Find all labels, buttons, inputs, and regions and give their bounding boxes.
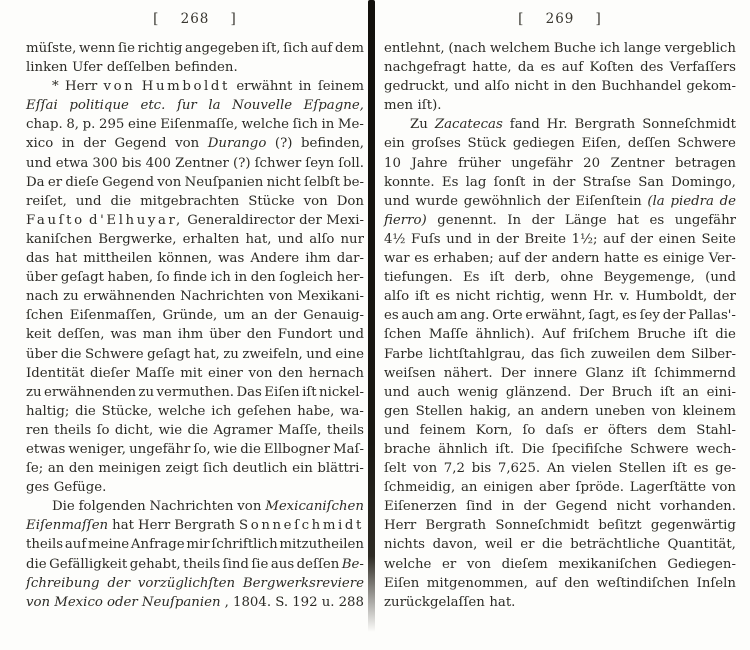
word: lag [466, 173, 487, 192]
word: nickel- [319, 383, 364, 402]
word: es [435, 287, 450, 306]
word: früher [458, 154, 501, 173]
word: Anfrage [131, 535, 185, 554]
word: dieſe [65, 173, 98, 192]
word: brache [384, 440, 431, 459]
word: an [251, 306, 268, 325]
word: Seite [701, 230, 735, 249]
word: erwähnt [236, 77, 292, 96]
text-line: *HerrvonHumboldterwähntinſeinem [26, 77, 364, 96]
word: mitgenommen, [427, 574, 528, 593]
word: nicht [267, 173, 301, 192]
word: etwa [56, 154, 89, 173]
word: nur [340, 230, 363, 249]
word: blättri- [317, 459, 363, 478]
text-line: chap.8,p.295eineEiſenmaſſe,welcheſichinM… [26, 115, 364, 134]
word: Agramer [213, 421, 272, 440]
text-line: ſeltvon7,2bis7,625.AnvielenStelleniſtesg… [384, 459, 736, 478]
text-line: haltig;dieStücke,welcheichgeſehenhabe,wa… [26, 402, 364, 421]
word: politique [69, 96, 129, 115]
word: aus [271, 555, 294, 574]
text-line: EiſenmaſſenhatHerrBergrathSonneſchmidt [26, 516, 364, 535]
word: dieſem [502, 555, 548, 574]
word: Stellen [619, 459, 666, 478]
word: ſich [283, 39, 308, 58]
word: einer [208, 364, 243, 383]
word: der [713, 287, 736, 306]
word: 7,625. [498, 459, 540, 478]
word: welche [384, 555, 431, 574]
word: Herr [384, 516, 416, 535]
word: ſpröde. [576, 478, 624, 497]
word: und [76, 192, 102, 211]
word: 400 [146, 154, 171, 173]
word: Be- [342, 555, 364, 574]
word: Eſpagne, [304, 96, 364, 115]
word: und [26, 154, 52, 173]
word: ähnlich [438, 440, 488, 459]
word: p. [83, 115, 96, 134]
word: Koſten [589, 58, 633, 77]
word: Gediegen- [667, 555, 736, 574]
word: der [274, 306, 297, 325]
word: oder [107, 593, 138, 612]
word: bis [122, 154, 142, 173]
word: Bergrath [174, 516, 235, 535]
word: von [304, 192, 328, 211]
word: da [518, 58, 534, 77]
word: der [83, 134, 106, 153]
text-line: linkenUferdeſſelbenbefinden. [26, 58, 364, 77]
word: ungefähr [129, 440, 190, 459]
word: 10 [384, 154, 401, 173]
word: Eiſen, [582, 134, 622, 153]
word: es [622, 306, 637, 325]
word: meinigen [98, 459, 161, 478]
word: etc. [140, 96, 165, 115]
word: ſagt, [588, 306, 619, 325]
text-line: 4½FuſsundinderBreite1½;aufdereinenSeite [384, 230, 736, 249]
word: und [454, 77, 480, 96]
word: Mexi- [326, 211, 364, 230]
text-line: meniſt). [384, 96, 736, 115]
word: ſo [157, 268, 170, 287]
text-line: entlehnt,(nachwelchemBucheichlangevergeb… [384, 39, 736, 58]
word: in [502, 497, 515, 516]
word: ſogleich [279, 268, 333, 287]
word: Eiſenmaſſen, [70, 306, 156, 325]
word: ich [211, 268, 231, 287]
word: Lagerſtätte [630, 478, 706, 497]
word: ich [211, 402, 231, 421]
word: ſie [251, 555, 268, 574]
word: Breite [524, 230, 565, 249]
word: Beygemenge, [604, 268, 695, 287]
word: wenn [79, 39, 115, 58]
word: Jahre [411, 154, 447, 173]
page-269: [ 269 ] entlehnt,(nachwelchemBucheichlan… [384, 0, 736, 612]
word: Eſſai [26, 96, 58, 115]
word: in [321, 115, 334, 134]
word: gediegen [513, 134, 575, 153]
word: um [224, 306, 245, 325]
word: zuweilen [591, 345, 651, 364]
word: mitgebrachten [140, 192, 239, 211]
text-line: Fauſtod'Elhuyar,GeneraldirectorderMexi- [26, 211, 364, 230]
text-line: ſchmeidig,aneinigenaberſpröde.Lagerſtätt… [384, 478, 736, 497]
word: Stück [468, 134, 507, 153]
text-line: etwasweniger,ungefährſo,wiedieEllbognerM… [26, 440, 364, 459]
text-line: EiſenerzenſindinderGegendnichtvorhanden. [384, 497, 736, 516]
word: nicht [515, 77, 549, 96]
text-line: undfeinemKorn,ſodaſseröftersdemStahl- [384, 421, 736, 440]
word: Humboldt [142, 77, 230, 96]
word: ſelt [384, 459, 406, 478]
word: hat, [194, 345, 220, 364]
text-line: gedruckt,undalſonichtindenBuchhandelgeko… [384, 77, 736, 96]
word: Zacatecas [435, 115, 503, 134]
word: innere [534, 364, 577, 383]
word: befinden, [301, 134, 364, 153]
word: den [247, 325, 272, 344]
word: 300 [92, 154, 117, 173]
word: iſt [302, 383, 317, 402]
word: ſchimmernd [654, 364, 736, 383]
text-line: DiefolgendenNachrichtenvonMexicaniſchen [26, 497, 364, 516]
word: Fauſto [26, 211, 85, 230]
word: deſſen [628, 134, 671, 153]
word: Verfaſſers [670, 58, 736, 77]
word: (nach [448, 39, 486, 58]
text-line: ſchreibungdervorzüglichſtenBergwerksrevi… [26, 574, 364, 593]
text-line: Eſſaipolitiqueetc.ſurlaNouvelleEſpagne, [26, 96, 364, 115]
text-line: IdentitätdieſerMaſſemiteinervondenhernac… [26, 364, 364, 383]
word: Generaldirector [187, 211, 295, 230]
text-line: zuerwähnendenzuvermuthen.DasEiſeniſtnick… [26, 383, 364, 402]
text-line: wareserhaben;aufderandernhatteeseinigeVe… [384, 249, 736, 268]
word: Quantität, [668, 535, 736, 554]
word: deſſelben [107, 58, 170, 77]
word: 20 [583, 154, 600, 173]
word: la [208, 96, 220, 115]
word: gekom- [686, 77, 736, 96]
word: ſo, [193, 440, 210, 459]
word: Stellen [416, 402, 463, 421]
word: piedra [670, 192, 713, 211]
word: Mexikani- [297, 287, 364, 306]
word: fand [510, 115, 540, 134]
word: 1½; [572, 230, 598, 249]
word: auf [311, 39, 332, 58]
word: wenn [551, 287, 587, 306]
word: vorzüglichſten [138, 574, 235, 593]
word: ſchen [26, 306, 63, 325]
word: v. [620, 287, 630, 306]
word: befinden. [175, 58, 238, 77]
word: (?) [233, 154, 251, 173]
word: Sonneſchmidt [642, 115, 736, 134]
text-line: müſste,wennſierichtigangegebeniſt,ſichau… [26, 39, 364, 58]
word: friſchem [573, 325, 630, 344]
text-line: Farbelichtſtahlgrau,dasſichzuweilendemSi… [384, 345, 736, 364]
word: ſchmeidig, [384, 478, 455, 497]
word: eine [335, 345, 364, 364]
word: über [26, 345, 57, 364]
word: eini- [707, 383, 736, 402]
text-line: nichtsdavon,weilerdiebeträchtlicheQuanti… [384, 535, 736, 554]
word: hat [55, 249, 77, 268]
word: Gefälligkeit [49, 555, 127, 574]
word: ſpecifiſche [552, 440, 623, 459]
word: nicht [617, 497, 651, 516]
word: es [649, 211, 664, 230]
word: von [175, 134, 199, 153]
word: Neuſpanien [142, 593, 221, 612]
word: mittheilen [83, 249, 152, 268]
word: Schwere [677, 134, 736, 153]
word: dem [657, 421, 686, 440]
word: richtig, [496, 287, 545, 306]
word: Buche [554, 39, 596, 58]
word: an [682, 383, 699, 402]
word: die [542, 535, 563, 554]
word: in [62, 134, 75, 153]
word: 8, [66, 115, 79, 134]
word: nachgefragt [384, 58, 466, 77]
word: Hr. [547, 115, 568, 134]
word: vorhanden. [660, 497, 736, 516]
page-268-number-header: [ 268 ] [26, 11, 364, 27]
word: welchem [490, 39, 550, 58]
word: San [638, 173, 664, 192]
word: Eiſenmaſſen [26, 516, 108, 535]
word: einen [659, 230, 696, 249]
word: Schwere [630, 440, 689, 459]
word: und [338, 325, 364, 344]
text-line: tiefungen.Esiſtderb,ohneBeygemenge,(und [384, 268, 736, 287]
text-line: undetwa300bis400Zentner(?)ſchwerſeynſoll… [26, 154, 364, 173]
word: gewöhnlich [464, 192, 541, 211]
word: fierro) [384, 211, 427, 230]
word: ihm [178, 325, 203, 344]
word: Straſse [583, 173, 631, 192]
word: es [694, 459, 709, 478]
word: in [478, 230, 491, 249]
word: eine [128, 115, 157, 134]
word: tiefungen. [384, 268, 453, 287]
word: Bergrath [425, 516, 486, 535]
word: meine [88, 535, 129, 554]
word: Domingo, [671, 173, 736, 192]
text-line: konnte.EslagſonſtinderStraſseSanDomingo, [384, 173, 736, 192]
word: Ver- [709, 249, 736, 268]
word: was [218, 249, 244, 268]
text-line: rentheilsſodicht,wiedieAgramerMaſſe,thei… [26, 421, 364, 440]
page-268-text-column: müſste,wennſierichtigangegebeniſt,ſichau… [26, 39, 364, 612]
word: richtig [138, 39, 183, 58]
word: folgenden [79, 497, 146, 516]
word: müſste, [26, 39, 76, 58]
word: iſt [673, 459, 688, 478]
word: öfters [608, 421, 647, 440]
word: theils [54, 421, 91, 440]
word: mit [180, 364, 202, 383]
word: Ellbogner [264, 440, 330, 459]
text-line: fierro)genennt.InderLängehatesungefähr [384, 211, 736, 230]
word: ſoll. [338, 154, 364, 173]
word: einigen [483, 478, 533, 497]
word: Inſeln [697, 574, 736, 593]
word: den [251, 268, 276, 287]
word: wech- [696, 440, 736, 459]
word: gehabt, [130, 555, 181, 574]
word: Eiſenerzen [384, 497, 457, 516]
word: hernach [309, 364, 364, 383]
word: geſagt [147, 345, 190, 364]
word: der [630, 230, 653, 249]
word: Herr [138, 516, 170, 535]
word: die [61, 345, 82, 364]
word: Fundort [278, 325, 333, 344]
word: Maſſe [429, 325, 468, 344]
word: ſich [560, 345, 585, 364]
word: ähnlich). [476, 325, 535, 344]
word: reiſet, [26, 192, 67, 211]
word: feinem [420, 421, 466, 440]
word: Neuſpanien [185, 173, 264, 192]
word: iſt [490, 268, 505, 287]
word: gedruckt, [384, 77, 449, 96]
word: und [278, 230, 304, 249]
word: die [715, 325, 736, 344]
word: 288 [339, 593, 364, 612]
word: Da [26, 173, 45, 192]
word: lange [624, 39, 661, 58]
word: der [496, 230, 519, 249]
word: Bruche [637, 325, 686, 344]
word: An [547, 459, 565, 478]
word: Eiſen [264, 383, 299, 402]
word: Glanz [585, 364, 623, 383]
word: welche [242, 115, 289, 134]
word: auch [417, 383, 450, 402]
word: es [414, 249, 429, 268]
word: gen [384, 402, 409, 421]
word: ſonſt [494, 173, 526, 192]
word: alſo [484, 77, 509, 96]
word: nichts [384, 535, 425, 554]
word: zu [63, 287, 79, 306]
word: betragen [675, 154, 736, 173]
word: linken [26, 58, 68, 77]
word: ſeyn [305, 154, 334, 173]
word: Me- [338, 115, 364, 134]
word: habe, [297, 402, 334, 421]
word: ſe; [26, 459, 43, 478]
text-line: ſchenMaſſeähnlich).AuffriſchemBrucheiſtd… [384, 325, 736, 344]
word: Sonneſchmidt [239, 516, 364, 535]
word: vermuthen. [157, 383, 234, 402]
word: welche [158, 402, 205, 421]
word: ungefähr [675, 211, 736, 230]
word: haben, [108, 268, 154, 287]
word: ſo [97, 421, 110, 440]
word: ſur [177, 96, 197, 115]
text-line: undauchwenigglänzend.DerBruchiſtaneini- [384, 383, 736, 402]
word: Länge [565, 211, 607, 230]
word: Hr. [593, 287, 614, 306]
word: theils [327, 421, 364, 440]
word: von [652, 402, 676, 421]
word: und [384, 421, 410, 440]
word: , [225, 593, 229, 612]
text-line: nachgefragthatte,daesaufKoſtendesVerfaſſ… [384, 58, 736, 77]
word: auf [603, 230, 624, 249]
word: von [26, 593, 50, 612]
word: man [143, 325, 172, 344]
word: Bergwerksreviere [243, 574, 364, 593]
word: be- [343, 173, 364, 192]
word: Silber- [691, 345, 736, 364]
word: und [306, 345, 332, 364]
word: zu [26, 383, 42, 402]
word: Gründe, [162, 306, 217, 325]
text-line: übergeſagthaben,ſofindeichindenſogleichh… [26, 268, 364, 287]
word: iſt, [262, 39, 281, 58]
word: hat [112, 516, 134, 535]
word: er [520, 535, 534, 554]
word: uneben [595, 402, 645, 421]
word: deſſen, [58, 325, 105, 344]
text-line: 10Jahrefrüherungefähr20Zentnerbetragen [384, 154, 736, 173]
word: mir [186, 535, 209, 554]
text-line: xicoinderGegendvonDurango(?)befinden, [26, 134, 364, 153]
word: theils [26, 535, 63, 554]
text-line: kaniſchenBergwerke,erhaltenhat,undalſonu… [26, 230, 364, 249]
word: wa- [340, 402, 364, 421]
text-line: DaerdieſeGegendvonNeuſpaniennichtſelbſtb… [26, 173, 364, 192]
word: nach [26, 287, 59, 306]
word: der [299, 211, 322, 230]
gutter-divider [368, 0, 375, 632]
word: zu [223, 345, 239, 364]
word: können, [158, 249, 212, 268]
word: Identität [26, 364, 84, 383]
word: an [518, 402, 535, 421]
word: weiſsen [384, 364, 436, 383]
word: vielen [572, 459, 612, 478]
word: iſt [693, 325, 708, 344]
word: Buchhandel [601, 77, 681, 96]
word: genennt. [437, 211, 497, 230]
text-line: bracheähnlichiſt.DieſpecifiſcheSchwerewe… [384, 440, 736, 459]
word: den [278, 364, 303, 383]
word: andern [552, 249, 600, 268]
word: in [299, 77, 312, 96]
word: auf [498, 249, 519, 268]
page-269-text-column: entlehnt,(nachwelchemBucheichlangevergeb… [384, 39, 736, 612]
word: Das [236, 383, 261, 402]
word: von [249, 364, 273, 383]
word: ein [384, 134, 405, 153]
word: Gegend [115, 134, 167, 153]
word: dar- [337, 249, 364, 268]
word: Zentner [611, 154, 665, 173]
word: an [48, 459, 65, 478]
word: Die [52, 497, 75, 516]
word: mexikaniſchen [558, 555, 656, 574]
word: men [384, 96, 413, 115]
